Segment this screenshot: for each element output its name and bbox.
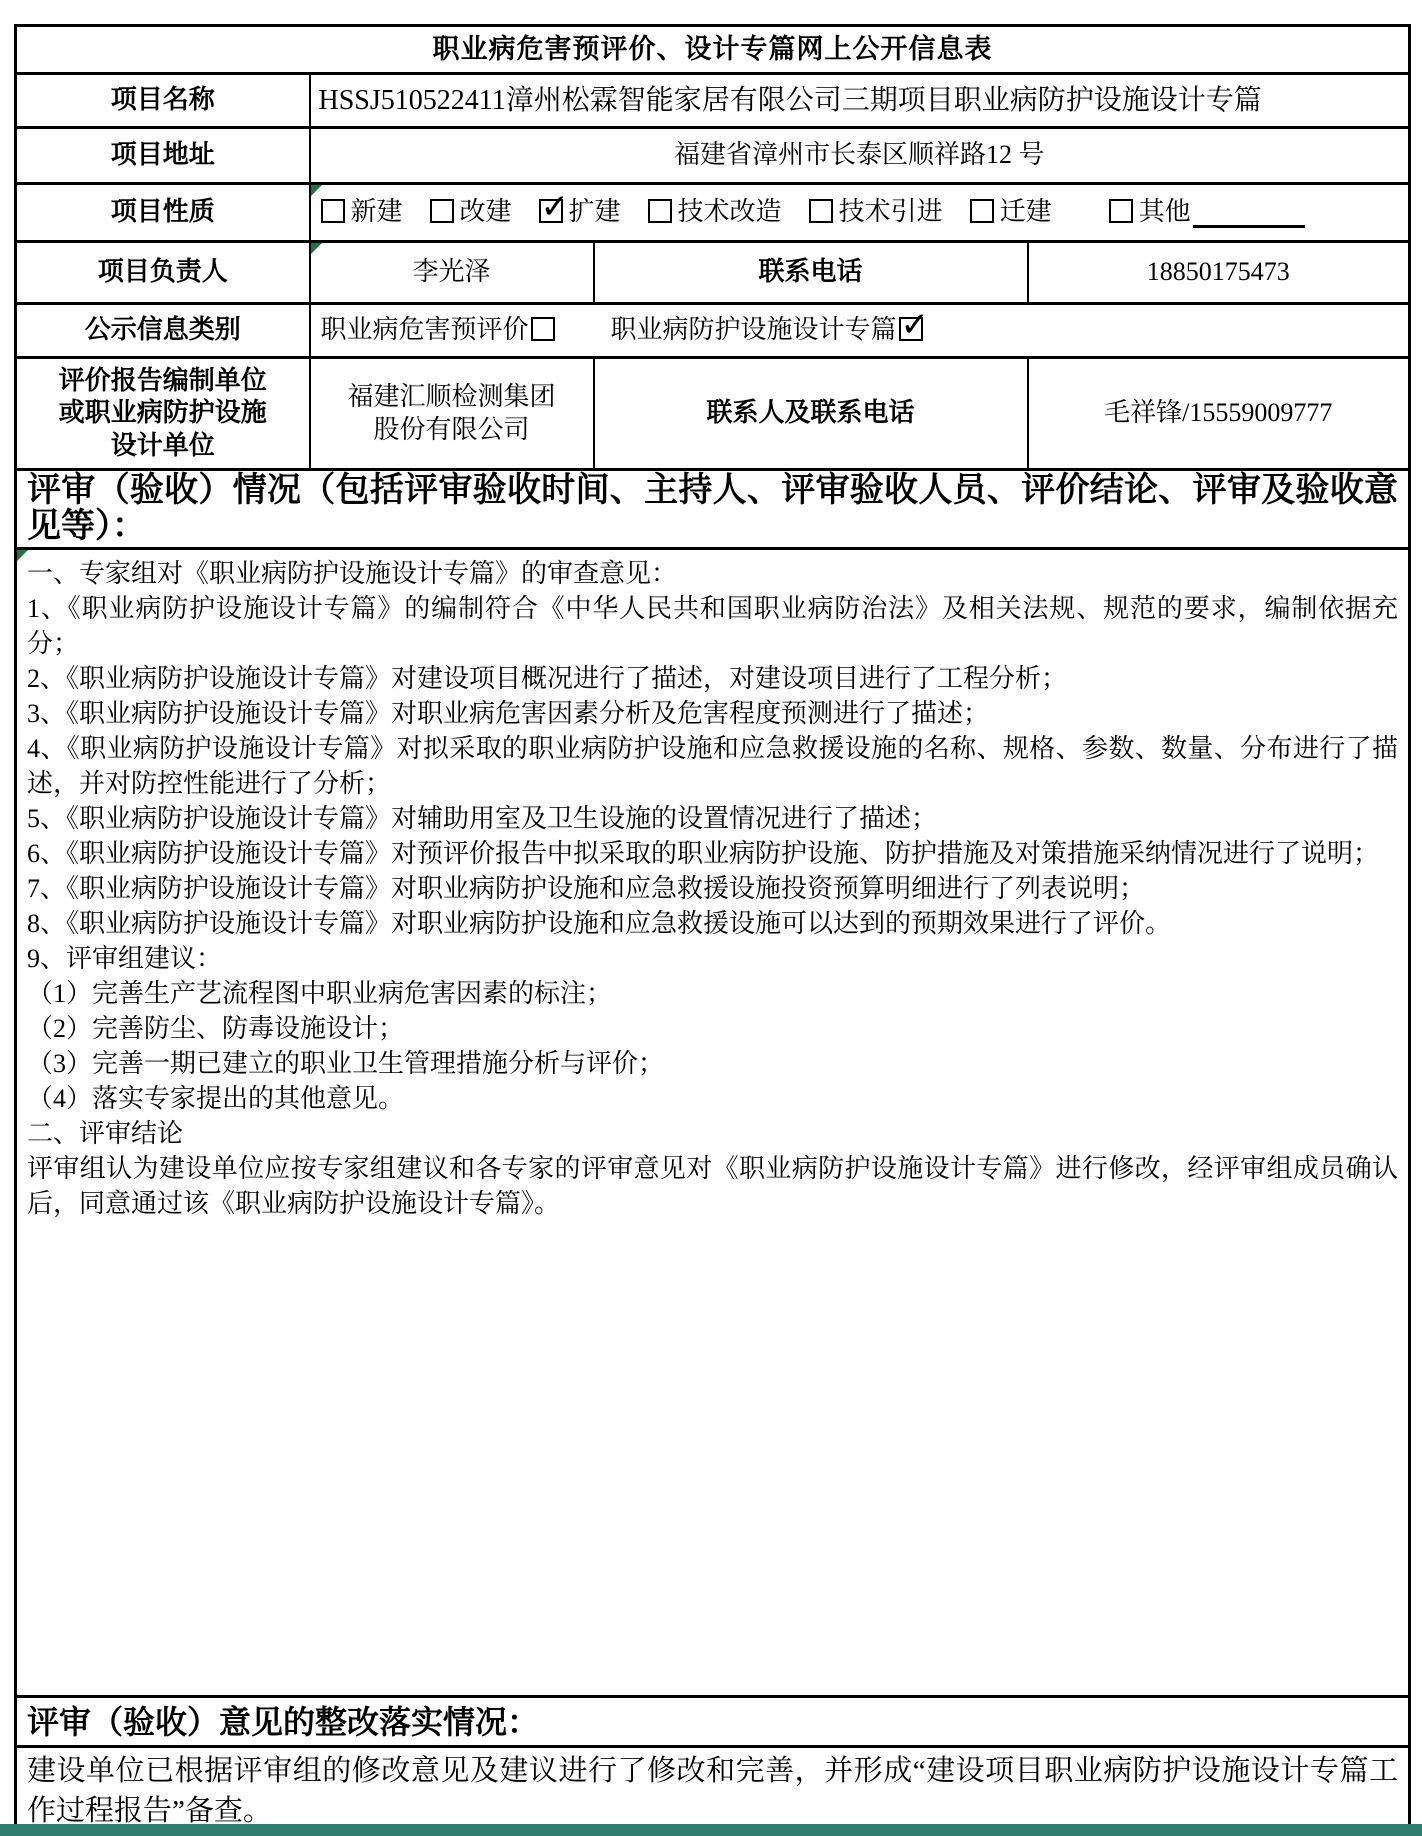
review-paragraph: 8、《职业病防护设施设计专篇》对职业病防护设施和应急救援设施可以达到的预期效果进… <box>27 906 1398 941</box>
unit-contact-label: 联系人及联系电话 <box>594 358 1028 470</box>
review-paragraph: 评审组认为建设单位应按专家组建议和各专家的评审意见对《职业病防护设施设计专篇》进… <box>27 1151 1398 1221</box>
review-paragraph: 3、《职业病防护设施设计专篇》对职业病危害因素分析及危害程度预测进行了描述； <box>27 696 1398 731</box>
project-name-row: 项目名称 HSSJ510522411漳州松霖智能家居有限公司三期项目职业病防护设… <box>16 74 1410 128</box>
checkbox-option: 职业病危害预评价 <box>321 314 555 347</box>
checkbox-option: 迁建 <box>970 196 1052 229</box>
unchecked-checkbox-icon <box>648 199 672 223</box>
checkbox-option-label: 技术引进 <box>839 197 943 226</box>
project-leader-value: 李光泽 <box>412 257 490 286</box>
checkbox-option: 技术改造 <box>648 196 782 229</box>
unchecked-checkbox-icon <box>970 199 994 223</box>
project-address-value: 福建省漳州市长泰区顺祥路12 号 <box>310 128 1410 184</box>
checkbox-option: 改建 <box>430 196 512 229</box>
cell-indicator-triangle-icon <box>17 550 28 561</box>
project-nature-options-cell: 新建改建✓扩建技术改造技术引进迁建其他 <box>310 184 1410 242</box>
project-name-label: 项目名称 <box>16 74 310 128</box>
checkbox-option: 其他 <box>1109 196 1305 229</box>
rectification-body-row: 建设单位已根据评审组的修改意见及建议进行了修改和完善，并形成“建设项目职业病防护… <box>16 1747 1410 1835</box>
review-section-body: 一、专家组对《职业病防护设施设计专篇》的审查意见：1、《职业病防护设施设计专篇》… <box>16 549 1410 1697</box>
checkbox-option-label: 其他 <box>1139 197 1191 226</box>
checkbox-option-label: 迁建 <box>1000 197 1052 226</box>
publicity-type-row: 公示信息类别 职业病危害预评价职业病防护设施设计专篇✓ <box>16 304 1410 358</box>
document-page: 职业病危害预评价、设计专篇网上公开信息表 项目名称 HSSJ510522411漳… <box>0 0 1422 1836</box>
review-section-header: 评审（验收）情况（包括评审验收时间、主持人、评审验收人员、评价结论、评审及验收意… <box>16 470 1410 549</box>
checkbox-option-label: 扩建 <box>569 197 621 226</box>
publicity-type-label: 公示信息类别 <box>16 304 310 358</box>
review-paragraph: （1）完善生产艺流程图中职业病危害因素的标注； <box>27 976 1398 1011</box>
compile-unit-row: 评价报告编制单位或职业病防护设施设计单位 福建汇顺检测集团股份有限公司 联系人及… <box>16 358 1410 470</box>
public-info-table: 职业病危害预评价、设计专篇网上公开信息表 项目名称 HSSJ510522411漳… <box>14 24 1411 1836</box>
review-paragraph: （3）完善一期已建立的职业卫生管理措施分析与评价； <box>27 1046 1398 1081</box>
project-address-row: 项目地址 福建省漳州市长泰区顺祥路12 号 <box>16 128 1410 184</box>
unchecked-checkbox-icon <box>321 199 345 223</box>
blank-fill-line <box>1193 198 1305 228</box>
review-paragraph: 1、《职业病防护设施设计专篇》的编制符合《中华人民共和国职业病防治法》及相关法规… <box>27 591 1398 661</box>
review-paragraphs: 一、专家组对《职业病防护设施设计专篇》的审查意见：1、《职业病防护设施设计专篇》… <box>27 556 1398 1221</box>
review-paragraph: 9、评审组建议： <box>27 941 1398 976</box>
review-header-row: 评审（验收）情况（包括评审验收时间、主持人、评审验收人员、评价结论、评审及验收意… <box>16 470 1410 549</box>
compile-unit-label: 评价报告编制单位或职业病防护设施设计单位 <box>56 365 270 463</box>
rectification-section-body: 建设单位已根据评审组的修改意见及建议进行了修改和完善，并形成“建设项目职业病防护… <box>16 1747 1410 1835</box>
checkbox-option: 技术引进 <box>809 196 943 229</box>
check-mark-icon: ✓ <box>901 308 930 342</box>
review-paragraph: 2、《职业病防护设施设计专篇》对建设项目概况进行了描述，对建设项目进行了工程分析… <box>27 661 1398 696</box>
cell-indicator-triangle-icon <box>311 243 322 254</box>
table-title-cell: 职业病危害预评价、设计专篇网上公开信息表 <box>16 26 1410 74</box>
project-nature-row: 项目性质 新建改建✓扩建技术改造技术引进迁建其他 <box>16 184 1410 242</box>
checkbox-option: ✓扩建 <box>539 196 621 229</box>
compile-unit-value: 福建汇顺检测集团股份有限公司 <box>345 381 559 446</box>
checkbox-option-label: 改建 <box>460 197 512 226</box>
review-paragraph: 7、《职业病防护设施设计专篇》对职业病防护设施和应急救援设施投资预算明细进行了列… <box>27 871 1398 906</box>
review-paragraph: （4）落实专家提出的其他意见。 <box>27 1081 1398 1116</box>
review-paragraph: 一、专家组对《职业病防护设施设计专篇》的审查意见： <box>27 556 1398 591</box>
rectification-section-header: 评审（验收）意见的整改落实情况： <box>16 1697 1410 1747</box>
unchecked-checkbox-icon <box>809 199 833 223</box>
contact-phone-value: 18850175473 <box>1028 242 1410 304</box>
window-edge-strip <box>0 1824 1422 1836</box>
project-nature-label: 项目性质 <box>16 184 310 242</box>
project-nature-checkbox-group: 新建改建✓扩建技术改造技术引进迁建其他 <box>321 197 1305 226</box>
project-address-label: 项目地址 <box>16 128 310 184</box>
contact-phone-label: 联系电话 <box>594 242 1028 304</box>
check-mark-icon: ✓ <box>541 190 570 224</box>
checkbox-option-label: 职业病危害预评价 <box>321 315 529 344</box>
review-paragraph: 5、《职业病防护设施设计专篇》对辅助用室及卫生设施的设置情况进行了描述； <box>27 801 1398 836</box>
project-leader-row: 项目负责人 李光泽 联系电话 18850175473 <box>16 242 1410 304</box>
checkbox-option: 新建 <box>321 196 403 229</box>
review-paragraph: 二、评审结论 <box>27 1116 1398 1151</box>
checked-checkbox-icon: ✓ <box>539 199 563 223</box>
review-paragraph: 6、《职业病防护设施设计专篇》对预评价报告中拟采取的职业病防护设施、防护措施及对… <box>27 836 1398 871</box>
unchecked-checkbox-icon <box>1109 199 1133 223</box>
publicity-type-checkbox-group: 职业病危害预评价职业病防护设施设计专篇✓ <box>321 315 979 344</box>
table-title: 职业病危害预评价、设计专篇网上公开信息表 <box>433 34 993 64</box>
rectification-header-row: 评审（验收）意见的整改落实情况： <box>16 1697 1410 1747</box>
unchecked-checkbox-icon <box>531 317 555 341</box>
checkbox-option-label: 新建 <box>351 197 403 226</box>
cell-indicator-triangle-icon <box>311 185 322 196</box>
checked-checkbox-icon: ✓ <box>899 317 923 341</box>
review-paragraph: 4、《职业病防护设施设计专篇》对拟采取的职业病防护设施和应急救援设施的名称、规格… <box>27 731 1398 801</box>
review-body-row: 一、专家组对《职业病防护设施设计专篇》的审查意见：1、《职业病防护设施设计专篇》… <box>16 549 1410 1697</box>
checkbox-option-label: 技术改造 <box>678 197 782 226</box>
checkbox-option: 职业病防护设施设计专篇✓ <box>611 314 923 347</box>
project-leader-label: 项目负责人 <box>16 242 310 304</box>
compile-unit-value-cell: 福建汇顺检测集团股份有限公司 <box>310 358 594 470</box>
title-row: 职业病危害预评价、设计专篇网上公开信息表 <box>16 26 1410 74</box>
unchecked-checkbox-icon <box>430 199 454 223</box>
unit-contact-value: 毛祥锋/15559009777 <box>1028 358 1410 470</box>
review-paragraph: （2）完善防尘、防毒设施设计； <box>27 1011 1398 1046</box>
project-name-value: HSSJ510522411漳州松霖智能家居有限公司三期项目职业病防护设施设计专篇 <box>310 74 1410 128</box>
publicity-type-options-cell: 职业病危害预评价职业病防护设施设计专篇✓ <box>310 304 1410 358</box>
checkbox-option-label: 职业病防护设施设计专篇 <box>611 315 897 344</box>
compile-unit-label-cell: 评价报告编制单位或职业病防护设施设计单位 <box>16 358 310 470</box>
project-leader-value-cell: 李光泽 <box>310 242 594 304</box>
